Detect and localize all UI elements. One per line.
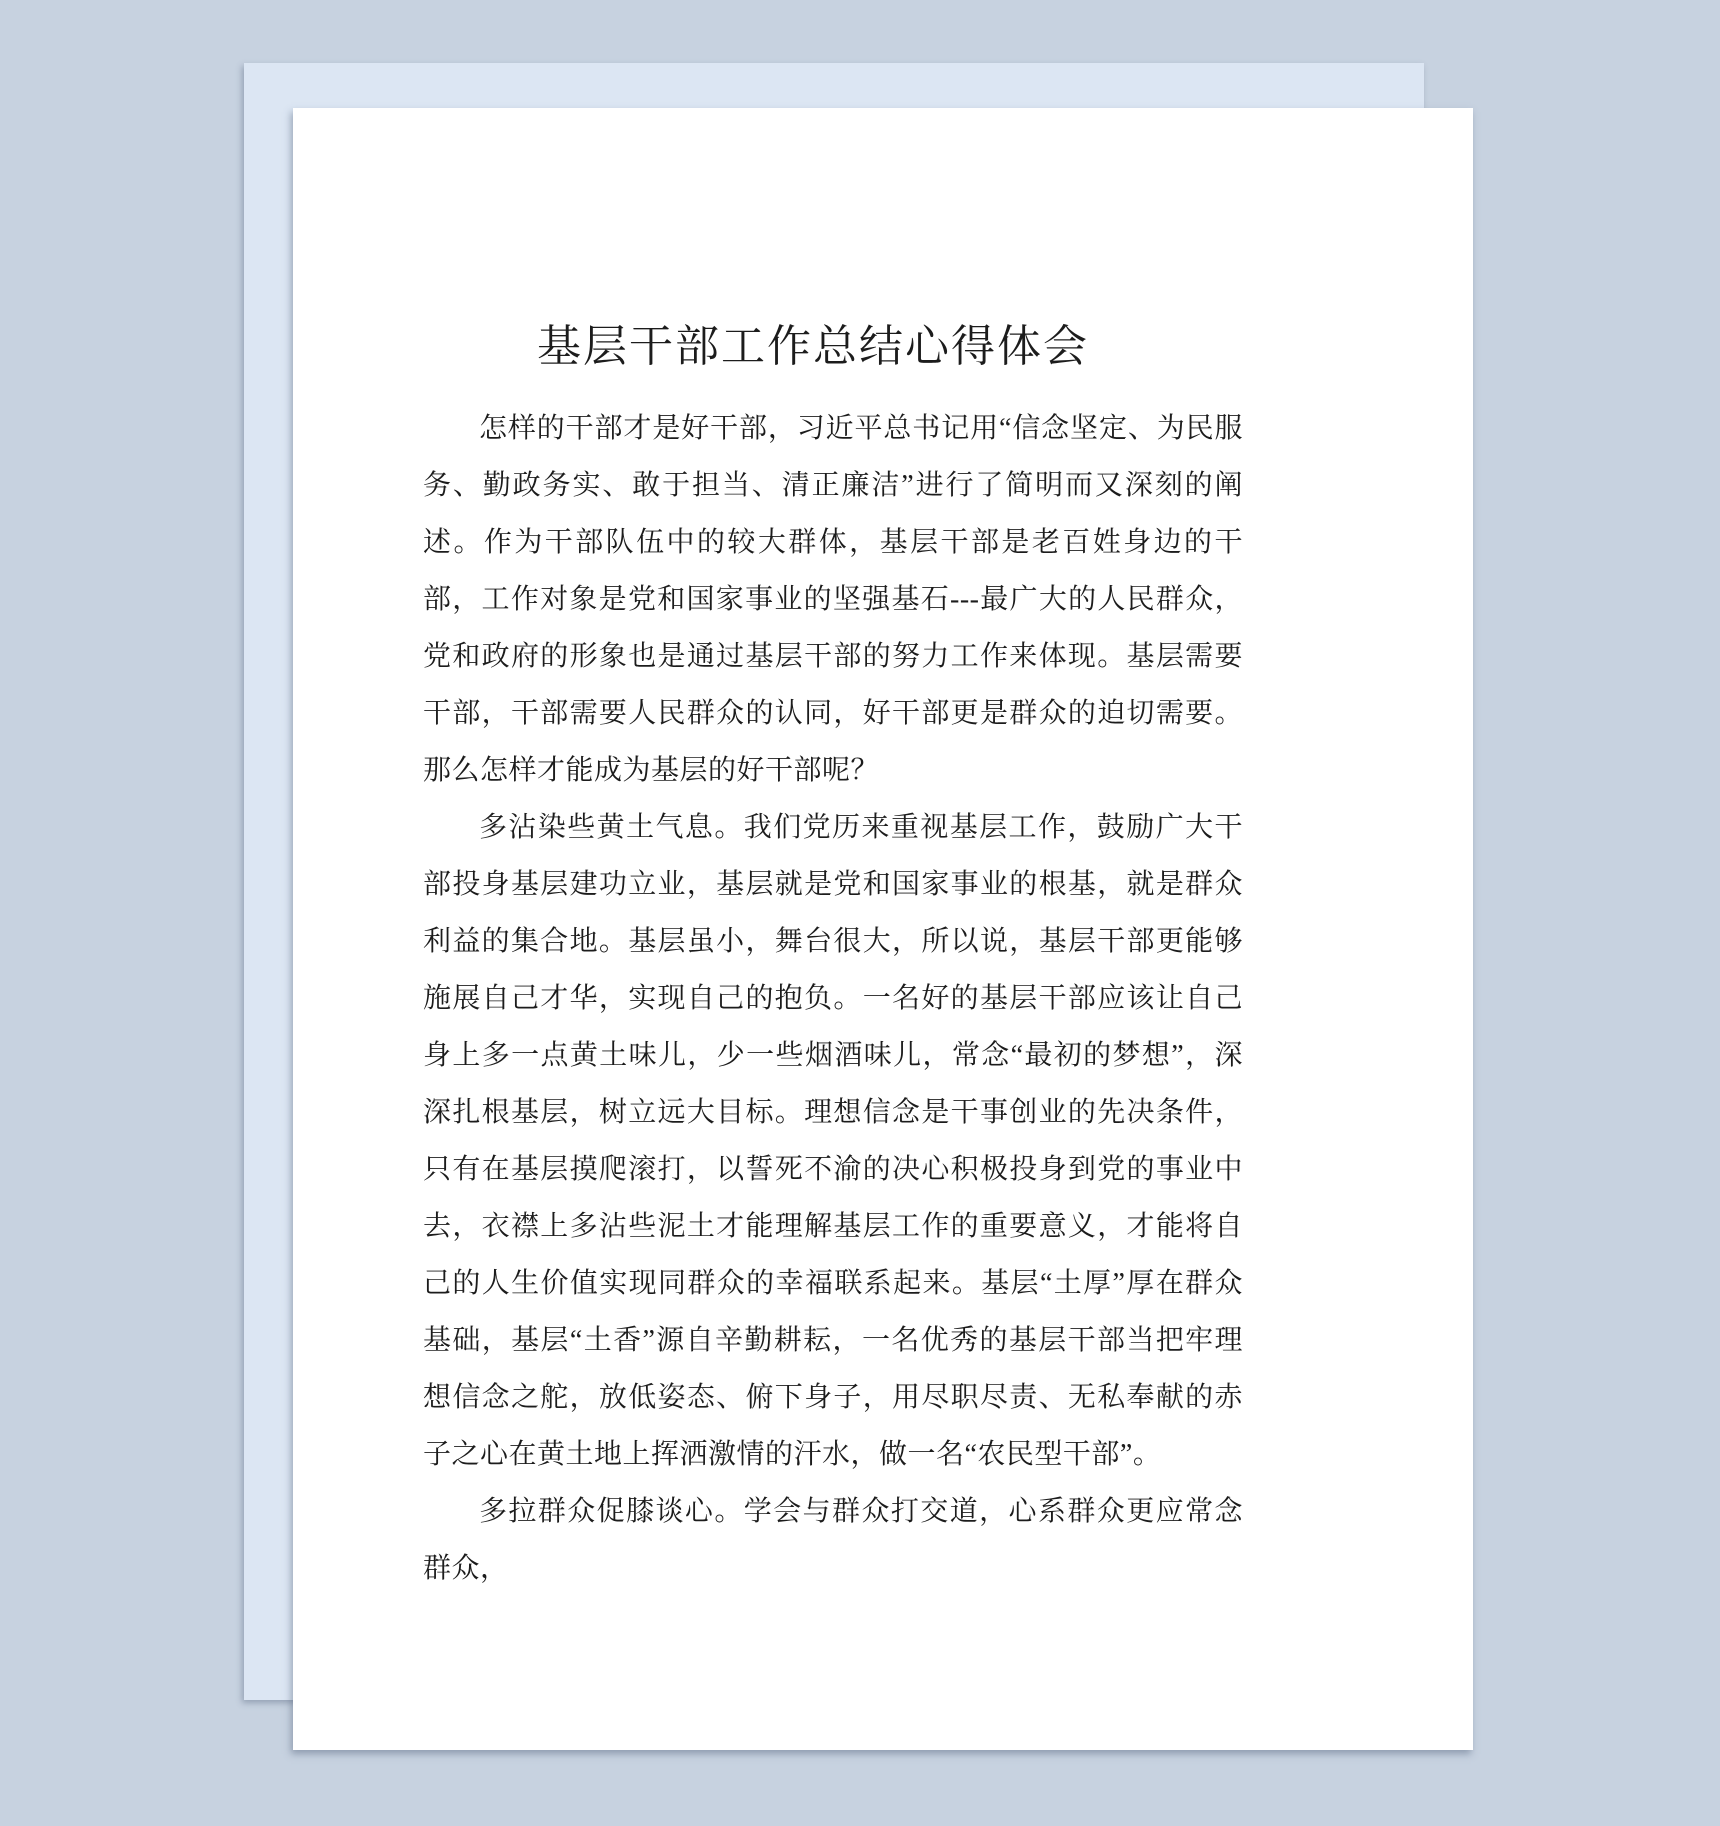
desktop-background: 基层干部工作总结心得体会 怎样的干部才是好干部，习近平总书记用“信念坚定、为民服…: [0, 0, 1720, 1826]
document-title: 基层干部工作总结心得体会: [423, 318, 1203, 376]
body-paragraph: 多拉群众促膝谈心。学会与群众打交道，心系群众更应常念群众，: [423, 1483, 1243, 1597]
document-body: 怎样的干部才是好干部，习近平总书记用“信念坚定、为民服务、勤政务实、敢于担当、清…: [423, 400, 1243, 1597]
body-paragraph: 怎样的干部才是好干部，习近平总书记用“信念坚定、为民服务、勤政务实、敢于担当、清…: [423, 400, 1243, 799]
body-paragraph: 多沾染些黄土气息。我们党历来重视基层工作，鼓励广大干部投身基层建功立业，基层就是…: [423, 799, 1243, 1483]
document-content: 基层干部工作总结心得体会 怎样的干部才是好干部，习近平总书记用“信念坚定、为民服…: [293, 108, 1473, 1597]
document-page: 基层干部工作总结心得体会 怎样的干部才是好干部，习近平总书记用“信念坚定、为民服…: [293, 108, 1473, 1750]
